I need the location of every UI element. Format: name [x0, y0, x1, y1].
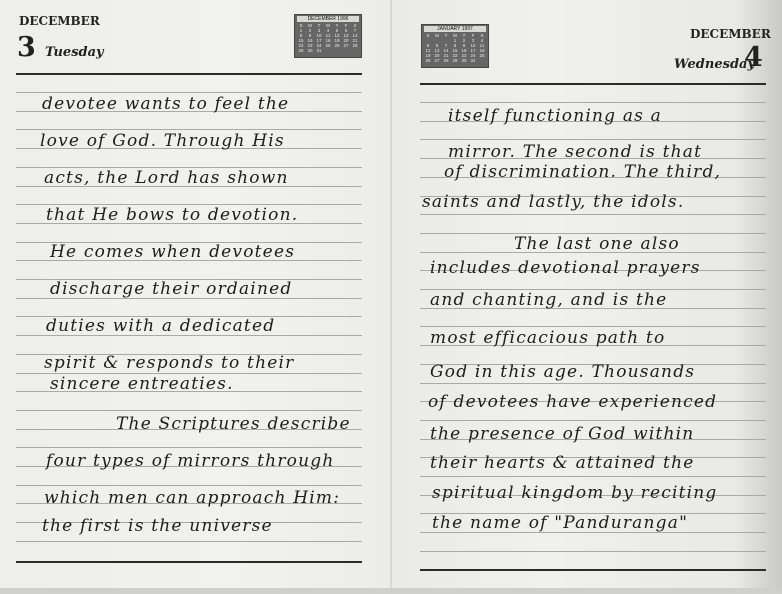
calendar-day: [342, 48, 350, 53]
handwritten-line: which men can approach Him:: [44, 488, 340, 508]
handwritten-line: that He bows to devotion.: [46, 205, 298, 225]
handwritten-line: spiritual kingdom by reciting: [432, 483, 718, 503]
handwritten-line: spirit & responds to their: [44, 353, 294, 373]
ruled-line: [16, 410, 362, 411]
ruled-line: [16, 92, 362, 93]
handwritten-line: and chanting, and is the: [430, 290, 667, 310]
handwritten-line: love of God. Through His: [40, 131, 285, 151]
header-rule: [420, 83, 766, 85]
left-day-number: 3: [17, 34, 36, 61]
left-month-label: DECEMBER: [19, 14, 100, 28]
calendar-day: [324, 48, 332, 53]
right-diary-page: DECEMBER Wednesday 4 JANUARY 1997 SMTWTF…: [392, 0, 782, 594]
ruled-line: [420, 214, 766, 215]
ruled-line: [16, 129, 362, 130]
handwritten-line: most efficacious path to: [430, 328, 665, 348]
handwritten-line: itself functioning as a: [448, 106, 662, 126]
ruled-line: [420, 420, 766, 421]
mini-calendar-title: DECEMBER 1996: [297, 16, 359, 22]
left-diary-page: DECEMBER 3 Tuesday DECEMBER 1996 SMTWTFS…: [0, 0, 392, 594]
header-rule: [16, 73, 362, 75]
handwritten-line: includes devotional prayers: [430, 258, 701, 278]
handwritten-line: the presence of God within: [430, 424, 694, 444]
handwritten-line: devotee wants to feel the: [42, 94, 289, 114]
ruled-line: [16, 447, 362, 448]
ruled-line: [16, 541, 362, 542]
mini-calendar-december-1996: DECEMBER 1996 SMTWTFS1234567891011121314…: [294, 14, 362, 58]
handwritten-line: mirror. The second is that: [448, 142, 702, 162]
mini-calendar-grid: SMTWTFS123456789101112131415161718192021…: [424, 33, 486, 63]
ruled-line: [420, 102, 766, 103]
page-bottom-edge: [0, 588, 782, 594]
ruled-line: [420, 383, 766, 384]
handwritten-line: discharge their ordained: [50, 279, 292, 299]
mini-calendar-january-1997: JANUARY 1997 SMTWTFS12345678910111213141…: [421, 24, 489, 68]
handwritten-line: He comes when devotees: [50, 242, 295, 262]
ruled-line: [420, 476, 766, 477]
left-weekday-label: Tuesday: [45, 45, 104, 60]
ruled-line: [420, 326, 766, 327]
calendar-day: 29: [451, 58, 459, 63]
calendar-day: 28: [442, 58, 450, 63]
handwritten-line: saints and lastly, the idols.: [422, 192, 684, 212]
mini-calendar-grid: SMTWTFS123456789101112131415161718192021…: [297, 23, 359, 53]
calendar-day: [333, 48, 341, 53]
calendar-day: 30: [306, 48, 314, 53]
calendar-day: [478, 58, 486, 63]
handwritten-line: sincere entreaties.: [50, 374, 234, 394]
handwritten-line: The last one also: [514, 234, 680, 254]
calendar-day: 31: [469, 58, 477, 63]
handwritten-line: of discrimination. The third,: [444, 162, 721, 182]
right-weekday-label: Wednesday: [674, 57, 755, 72]
handwritten-line: their hearts & attained the: [430, 453, 694, 473]
handwritten-line: of devotees have experienced: [428, 392, 717, 412]
handwritten-line: The Scriptures describe: [116, 414, 351, 434]
handwritten-line: acts, the Lord has shown: [44, 168, 289, 188]
calendar-day: 30: [460, 58, 468, 63]
ruled-line: [420, 551, 766, 552]
ruled-line: [16, 485, 362, 486]
calendar-day: 31: [315, 48, 323, 53]
handwritten-line: God in this age. Thousands: [430, 362, 695, 382]
calendar-day: 26: [424, 58, 432, 63]
footer-rule: [420, 569, 766, 571]
calendar-day: [351, 48, 359, 53]
handwritten-line: duties with a dedicated: [46, 316, 275, 336]
calendar-day: 29: [297, 48, 305, 53]
handwritten-line: four types of mirrors through: [46, 451, 334, 471]
right-month-label: DECEMBER: [690, 27, 771, 41]
handwritten-line: the first is the universe: [42, 516, 273, 536]
handwritten-line: the name of "Panduranga": [432, 513, 688, 533]
right-day-number: 4: [744, 44, 763, 71]
ruled-line: [420, 139, 766, 140]
footer-rule: [16, 561, 362, 563]
calendar-day: 27: [433, 58, 441, 63]
mini-calendar-title: JANUARY 1997: [424, 26, 486, 32]
